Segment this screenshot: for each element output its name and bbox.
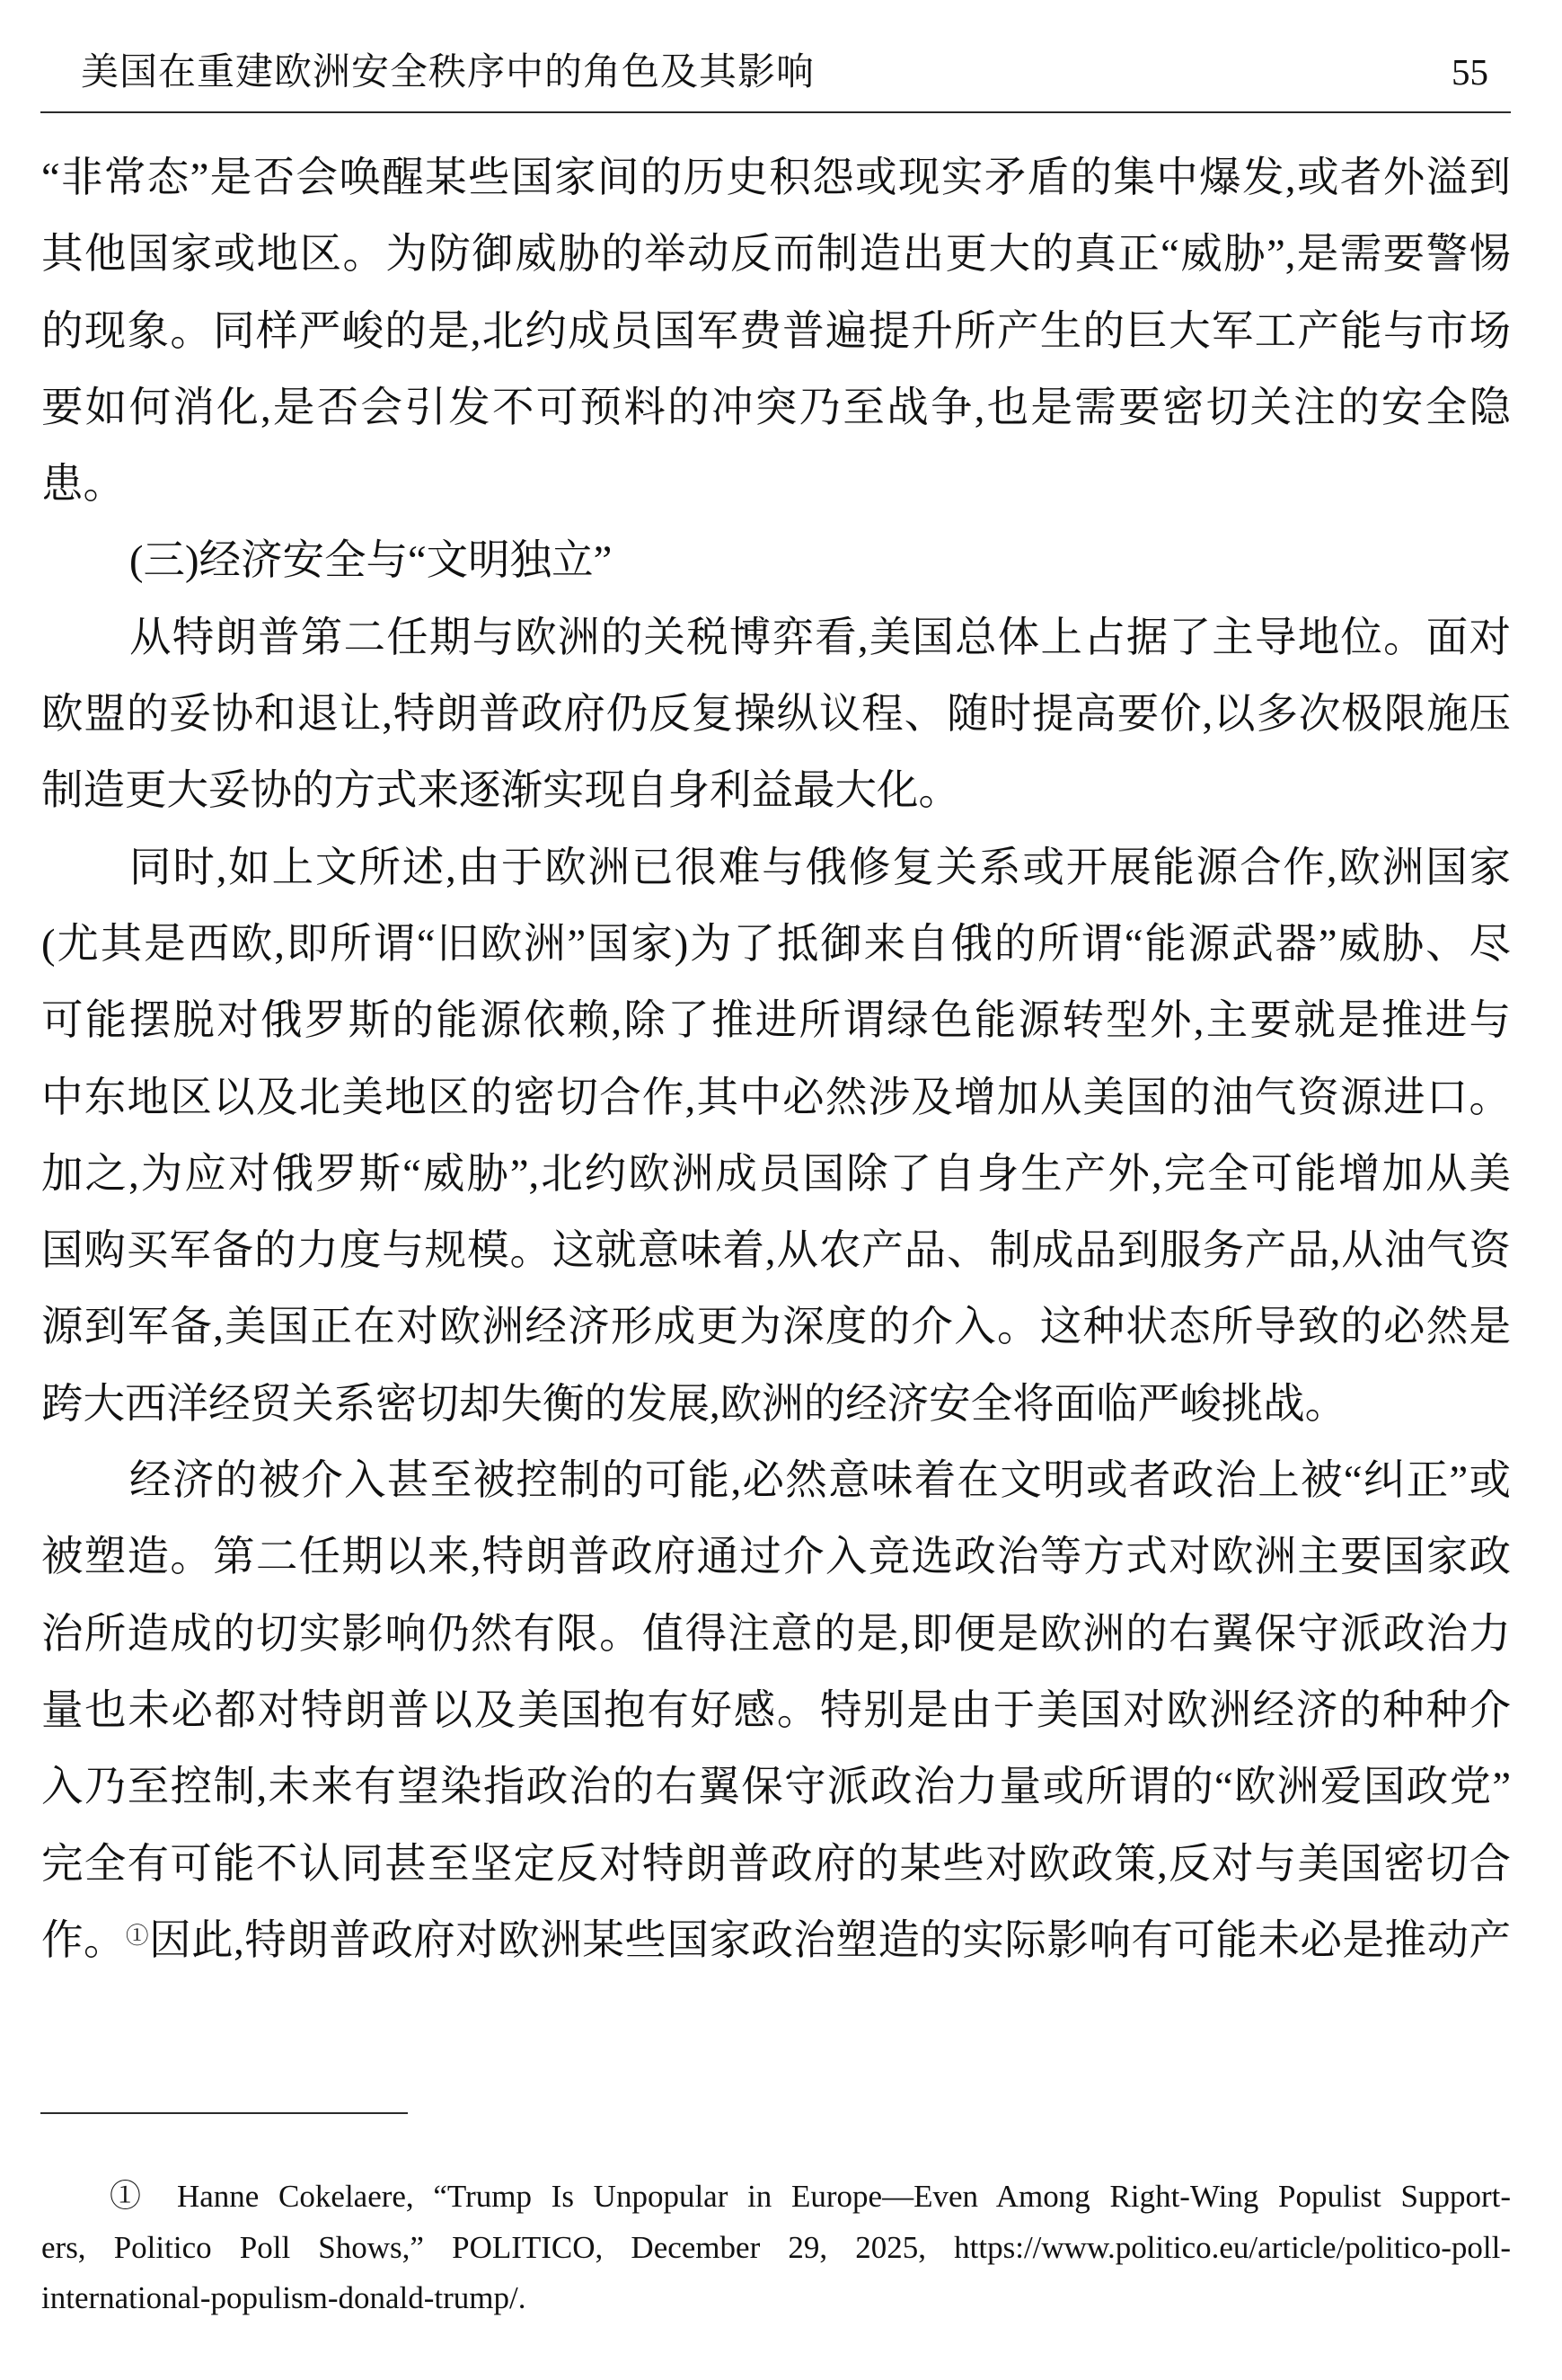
paragraph: 经济的被介入甚至被控制的可能,必然意味着在文明或者政治上被“纠正”或 被塑造。第… [41,1443,1511,1979]
body-line: 可能摆脱对俄罗斯的能源依赖,除了推进所谓绿色能源转型外,主要就是推进与 [41,983,1511,1059]
body-line: 患。 [41,447,1511,523]
body-line: 的现象。同样严峻的是,北约成员国军费普遍提升所产生的巨大军工产能与市场 [41,294,1511,370]
body-line: “非常态”是否会唤醒某些国家间的历史积怨或现实矛盾的集中爆发,或者外溢到 [41,140,1511,217]
footnote-marker: ① [110,2172,141,2223]
body-line: 源到军备,美国正在对欧洲经济形成更为深度的介入。这种状态所导致的必然是 [41,1289,1511,1366]
line-text-before-ref: 作。 [41,1918,126,1964]
footnote-separator [40,2112,408,2114]
body-line: 制造更大妥协的方式来逐渐实现自身利益最大化。 [41,753,1511,829]
line-text-after-ref: 因此,特朗普政府对欧洲某些国家政治塑造的实际影响有可能未必是推动产 [149,1918,1511,1964]
footnote: ①Hanne Cokelaere, “Trump Is Unpopular in… [41,2172,1511,2324]
running-head: 美国在重建欧洲安全秩序中的角色及其影响 [81,54,815,92]
body-line: 经济的被介入甚至被控制的可能,必然意味着在文明或者政治上被“纠正”或 [41,1443,1511,1519]
header-rule [40,111,1511,113]
footnote-line: ers, Politico Poll Shows,” POLITICO, Dec… [41,2223,1511,2274]
footnote-line: ①Hanne Cokelaere, “Trump Is Unpopular in… [41,2172,1511,2223]
body-line: 完全有可能不认同甚至坚定反对特朗普政府的某些对欧政策,反对与美国密切合 [41,1827,1511,1903]
body-line: 被塑造。第二任期以来,特朗普政府通过介入竞选政治等方式对欧洲主要国家政 [41,1519,1511,1596]
body-line: 治所造成的切实影响仍然有限。值得注意的是,即便是欧洲的右翼保守派政治力 [41,1597,1511,1673]
paragraph: 同时,如上文所述,由于欧洲已很难与俄修复关系或开展能源合作,欧洲国家 (尤其是西… [41,830,1511,1443]
body-line: 中东地区以及北美地区的密切合作,其中必然涉及增加从美国的油气资源进口。 [41,1060,1511,1137]
body-line: 跨大西洋经贸关系密切却失衡的发展,欧洲的经济安全将面临严峻挑战。 [41,1367,1511,1443]
body-line: 国购买军备的力度与规模。这就意味着,从农产品、制成品到服务产品,从油气资 [41,1213,1511,1289]
body-line: 其他国家或地区。为防御威胁的举动反而制造出更大的真正“威胁”,是需要警惕 [41,217,1511,293]
footnote-reference: ① [126,1923,149,1949]
body-line-with-footnote-ref: 作。①因此,特朗普政府对欧洲某些国家政治塑造的实际影响有可能未必是推动产 [41,1903,1511,1979]
footnote-line: international-populism-donald-trump/. [41,2273,1511,2324]
body-line: 欧盟的妥协和退让,特朗普政府仍反复操纵议程、随时提高要价,以多次极限施压 [41,677,1511,753]
main-text: “非常态”是否会唤醒某些国家间的历史积怨或现实矛盾的集中爆发,或者外溢到 其他国… [41,140,1511,1979]
body-line: 同时,如上文所述,由于欧洲已很难与俄修复关系或开展能源合作,欧洲国家 [41,830,1511,907]
body-line: (尤其是西欧,即所谓“旧欧洲”国家)为了抵御来自俄的所谓“能源武器”威胁、尽 [41,907,1511,983]
body-line: 从特朗普第二任期与欧洲的关税博弈看,美国总体上占据了主导地位。面对 [41,600,1511,677]
paragraph: 从特朗普第二任期与欧洲的关税博弈看,美国总体上占据了主导地位。面对 欧盟的妥协和… [41,600,1511,830]
body-line: 入乃至控制,未来有望染指政治的右翼保守派政治力量或所谓的“欧洲爱国政党” [41,1749,1511,1826]
paragraph-continuation: “非常态”是否会唤醒某些国家间的历史积怨或现实矛盾的集中爆发,或者外溢到 其他国… [41,140,1511,523]
footnote-text: Hanne Cokelaere, “Trump Is Unpopular in … [177,2179,1511,2214]
body-line: 要如何消化,是否会引发不可预料的冲突乃至战争,也是需要密切关注的安全隐 [41,370,1511,447]
body-line: 量也未必都对特朗普以及美国抱有好感。特别是由于美国对欧洲经济的种种介 [41,1673,1511,1749]
page-number: 55 [1452,53,1488,91]
section-heading-text: (三)经济安全与“文明独立” [41,523,1511,599]
body-line: 加之,为应对俄罗斯“威胁”,北约欧洲成员国除了自身生产外,完全可能增加从美 [41,1137,1511,1213]
section-heading: (三)经济安全与“文明独立” [41,523,1511,599]
